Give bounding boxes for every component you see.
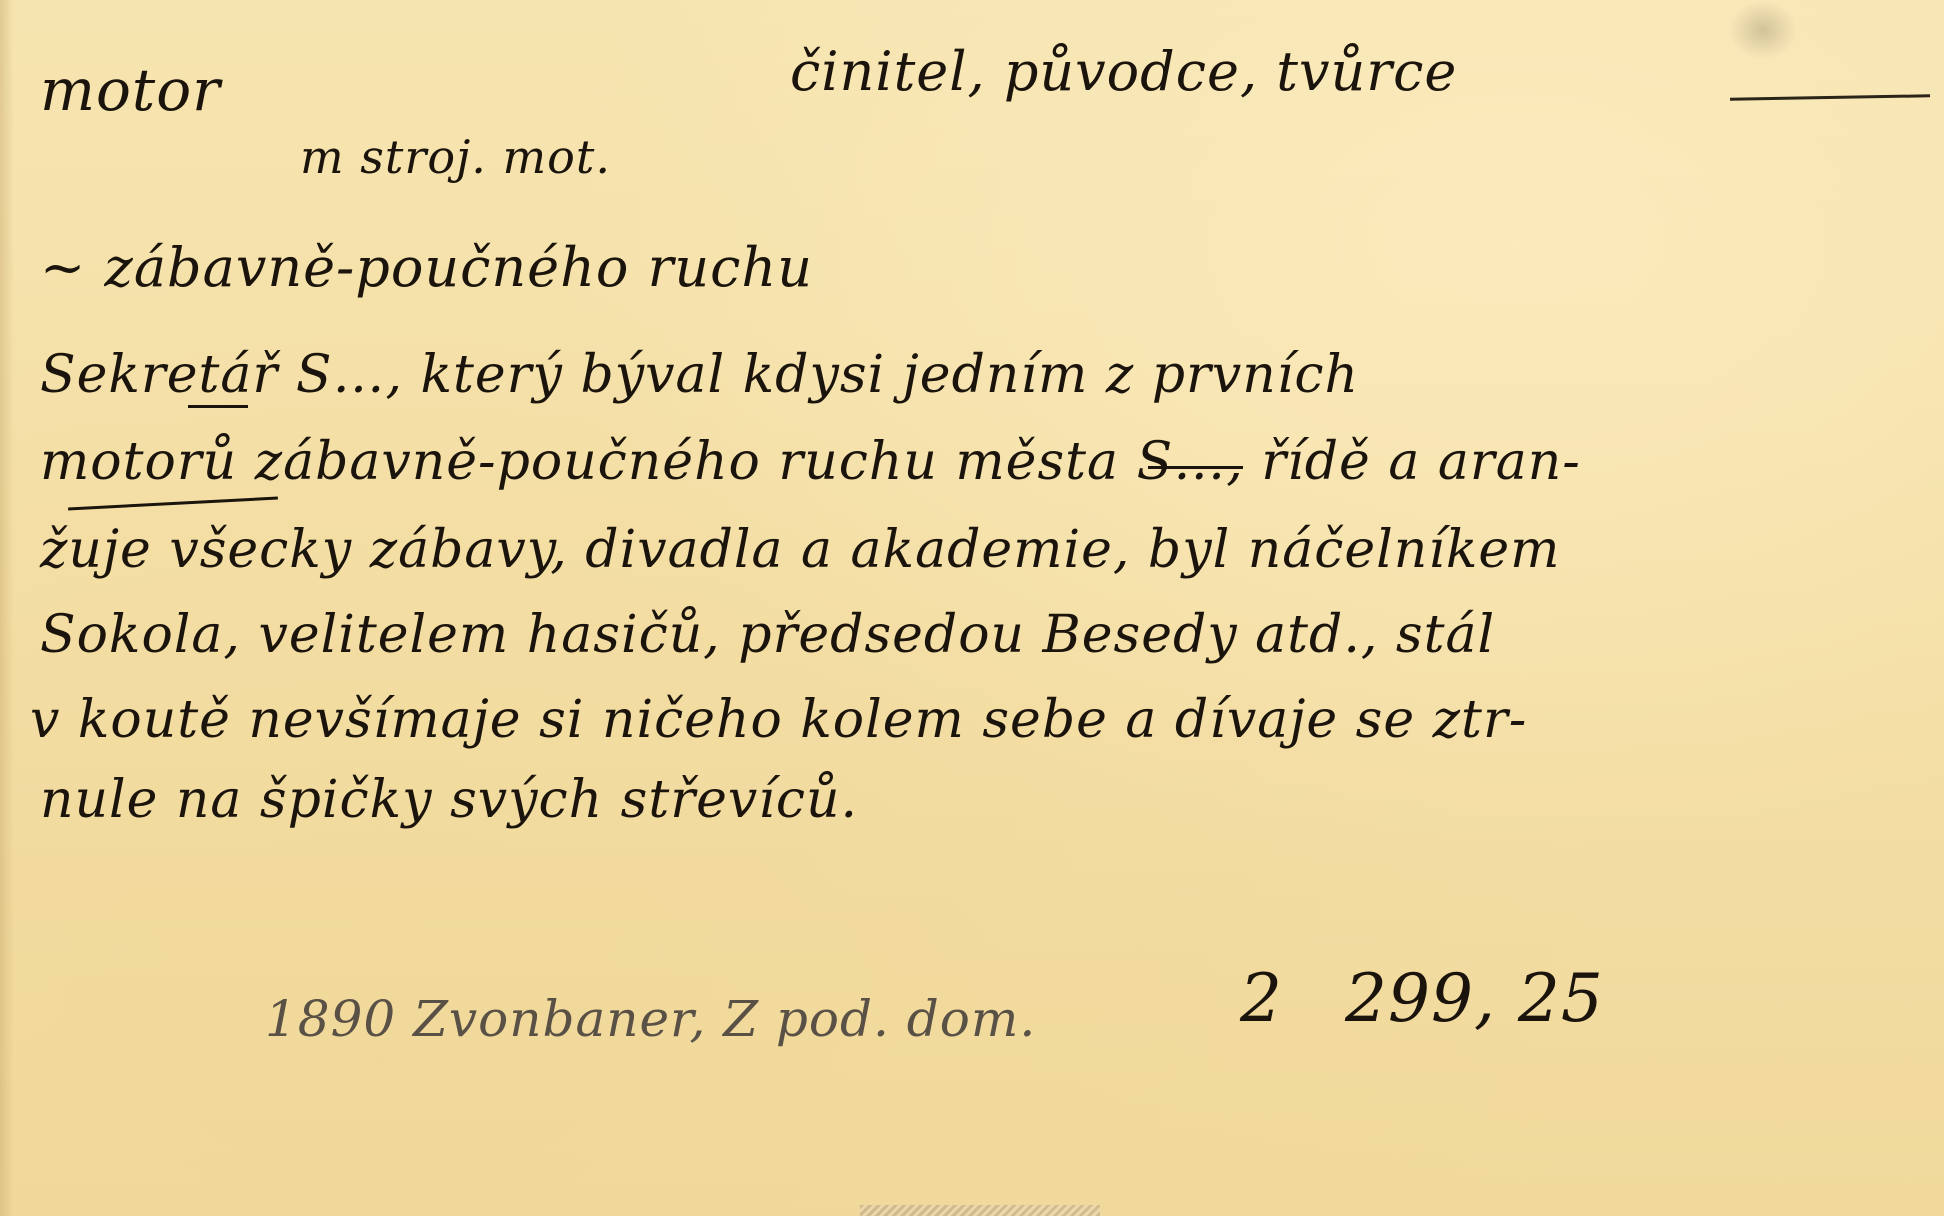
dictionary-slip: motor činitel, původce, tvůrce m stroj. … bbox=[0, 0, 1944, 1216]
example-line-6: nule na špičky svých střevíců. bbox=[40, 770, 858, 830]
source-line: 25 bbox=[1518, 960, 1604, 1037]
source-work: Z pod. dom. bbox=[723, 990, 1036, 1048]
paper-bottom-tear bbox=[860, 1205, 1100, 1216]
source-citation: 1890 Zvonbaner, Z pod. dom. bbox=[265, 990, 1036, 1048]
underline-s-2 bbox=[1148, 466, 1243, 469]
underline-s-1 bbox=[188, 405, 248, 408]
example-line-2-text: motorů zábavně-poučného ruchu města S…, … bbox=[40, 432, 1581, 492]
paper-smudge bbox=[1728, 0, 1798, 60]
definition-dash bbox=[1730, 94, 1930, 100]
source-volume: 2 bbox=[1240, 960, 1283, 1037]
definition: činitel, původce, tvůrce bbox=[790, 40, 1457, 103]
example-line-4: Sokola, velitelem hasičů, předsedou Bese… bbox=[40, 605, 1495, 665]
source-author: Zvonbaner, bbox=[413, 990, 706, 1048]
grammar-note: m stroj. mot. bbox=[300, 130, 611, 184]
headword: motor bbox=[40, 56, 221, 124]
source-year: 1890 bbox=[265, 990, 396, 1048]
example-line-5: v koutě nevšímaje si ničeho kolem sebe a… bbox=[30, 690, 1527, 750]
example-line-1-text: Sekretář S…, který býval kdysi jedním z … bbox=[40, 345, 1359, 405]
source-reference: 2 299, 25 bbox=[1240, 960, 1604, 1037]
example-line-3: žuje všecky zábavy, divadla a akademie, … bbox=[40, 520, 1560, 580]
paper-edge-shadow bbox=[0, 0, 14, 1216]
example-line-2: motorů zábavně-poučného ruchu města S…, … bbox=[40, 432, 1581, 492]
collocation: ~ zábavně-poučného ruchu bbox=[40, 236, 813, 299]
underline-motoru bbox=[68, 497, 278, 511]
example-line-1: Sekretář S…, který býval kdysi jedním z … bbox=[40, 345, 1359, 405]
source-page: 299, bbox=[1345, 960, 1496, 1037]
